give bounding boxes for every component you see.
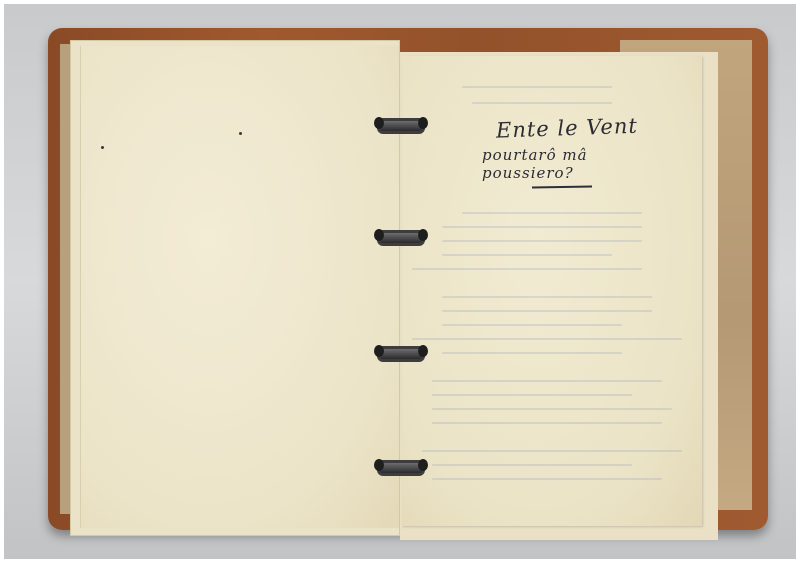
binder-ring [377, 230, 425, 246]
bleed-through-line [432, 422, 662, 424]
ink-spot [101, 146, 104, 149]
bleed-through-line [442, 240, 642, 242]
bleed-through-line [462, 212, 642, 214]
bleed-through-line [412, 268, 642, 270]
bleed-through-line [412, 338, 682, 340]
bleed-through-line [442, 324, 622, 326]
bleed-through-line [442, 352, 622, 354]
manuscript-title-line-2: pourtarô mâ poussiero? [482, 146, 682, 182]
bleed-through-line [432, 394, 632, 396]
bleed-through-line [432, 478, 662, 480]
bleed-through-line [462, 86, 612, 88]
binder-ring [377, 460, 425, 476]
bleed-through-line [472, 102, 612, 104]
bleed-through-line [442, 310, 652, 312]
ink-spot [239, 132, 242, 135]
bleed-through-line [432, 408, 672, 410]
bleed-through-line [432, 464, 632, 466]
bleed-through-line [432, 380, 662, 382]
binder-ring [377, 346, 425, 362]
bleed-through-line [442, 226, 642, 228]
bleed-through-line [442, 254, 612, 256]
left-page [80, 46, 399, 528]
bleed-through-line [422, 450, 682, 452]
binder-ring [377, 118, 425, 134]
bleed-through-line [442, 296, 652, 298]
